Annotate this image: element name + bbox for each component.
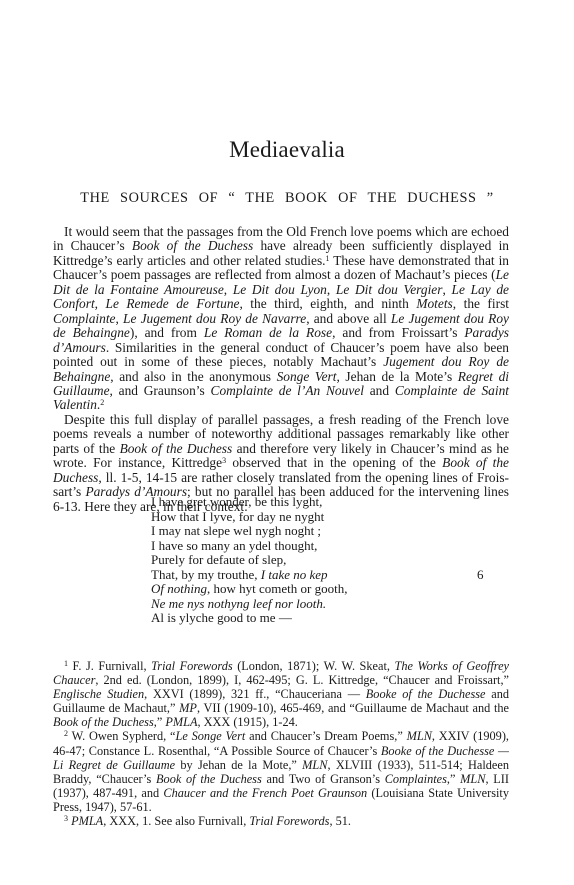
- text: and Chaucer’s Dream Poems,”: [245, 729, 406, 743]
- work-title: MLN: [302, 758, 327, 772]
- text: ,”: [154, 715, 166, 729]
- work-title: Le Songe Vert: [176, 729, 246, 743]
- document-page: Mediaevalia THE SOURCES OF “ THE BOOK OF…: [0, 0, 574, 885]
- work-title: Chaucer and the French Poet Graunson: [163, 786, 367, 800]
- footnotes: 1 F. J. Furnivall, Trial Forewords (Lond…: [53, 659, 509, 828]
- text: ,: [327, 282, 336, 297]
- work-title: Book of the Duchess: [156, 772, 262, 786]
- work-title: Book of the Duchess: [132, 238, 253, 253]
- article-heading: THE SOURCES OF “ THE BOOK OF THE DUCHESS…: [0, 190, 574, 207]
- text: , XXX, 1. See also Furnivall,: [103, 814, 249, 828]
- work-title: Book of the Duchess: [53, 715, 154, 729]
- footnote-ref-2[interactable]: 2: [100, 398, 104, 407]
- work-title: Booke of the Duchesse: [366, 687, 486, 701]
- work-title: MLN: [407, 729, 432, 743]
- work-title: Book of the Duchess: [120, 441, 233, 456]
- text: I have so many an ydel thought,: [151, 538, 317, 553]
- work-title: Trial Forewords: [249, 814, 329, 828]
- text: Purely for defaute of slep,: [151, 552, 286, 567]
- text: I have gret wonder, be this lyght,: [151, 494, 322, 509]
- text: , the third, eighth, and ninth: [239, 296, 416, 311]
- footnote-1: 1 F. J. Furnivall, Trial Forewords (Lond…: [53, 659, 509, 729]
- text: ), and from: [130, 325, 204, 340]
- work-title: PMLA: [165, 715, 197, 729]
- text: That, by my trouthe,: [151, 567, 261, 582]
- text: , 2nd ed. (London, 1899), I, 462-495; G.…: [95, 673, 509, 687]
- poem-line: That, by my trouthe, I take no kep6: [151, 568, 521, 583]
- work-title: Le Dit dou Lyon: [233, 282, 327, 297]
- text: , Jehan de la Mote’s: [336, 369, 457, 384]
- work-title: Le Jugement dou Roy de Navarre: [123, 311, 306, 326]
- work-title: Songe Vert: [277, 369, 337, 384]
- text: How that I lyve, for day ne nyght: [151, 509, 324, 524]
- poem-line: How that I lyve, for day ne nyght: [151, 510, 521, 525]
- footnote-2: 2 W. Owen Sypherd, “Le Songe Vert and Ch…: [53, 729, 509, 814]
- text: , the first: [453, 296, 509, 311]
- work-title: Complainte de l’An Nouvel: [211, 383, 364, 398]
- poem-line: Of nothing, how hyt cometh or gooth,: [151, 582, 521, 597]
- text: ,: [95, 296, 106, 311]
- text: ,: [116, 311, 124, 326]
- poem-line: Purely for defaute of slep,: [151, 553, 521, 568]
- text: , how hyt cometh or gooth,: [207, 581, 347, 596]
- work-title: Complaintes: [385, 772, 447, 786]
- poem-line: I may nat slepe wel nygh noght ;: [151, 524, 521, 539]
- text: , and from Froissart’s: [332, 325, 464, 340]
- text: by Jehan de la Mote,”: [175, 758, 302, 772]
- work-title: Motets: [416, 296, 452, 311]
- work-title: Le Dit dou Vergier: [336, 282, 443, 297]
- work-title: Trial Forewords: [151, 659, 233, 673]
- work-title: Complainte: [53, 311, 116, 326]
- line-number: 6: [477, 568, 484, 583]
- text: ,: [442, 282, 451, 297]
- work-title: Englische Studien: [53, 687, 144, 701]
- text: , XXVI (1899), 321 ff., “Chauceriana —: [144, 687, 366, 701]
- work-title: PMLA: [71, 814, 103, 828]
- text: F. J. Furnivall,: [68, 659, 151, 673]
- text: and: [364, 383, 395, 398]
- poem-line: Al is ylyche good to me —: [151, 611, 521, 626]
- text: , and Graunson’s: [110, 383, 211, 398]
- text: I may nat slepe wel nygh noght ;: [151, 523, 321, 538]
- text: Al is ylyche good to me —: [151, 610, 292, 625]
- article-body: It would seem that the passages from the…: [53, 225, 509, 514]
- work-title: Le Remede de Fortune: [106, 296, 240, 311]
- text: , and also in the anonymous: [110, 369, 276, 384]
- section-title: Mediaevalia: [0, 137, 574, 163]
- poem-line: I have so many an ydel thought,: [151, 539, 521, 554]
- text: , and above all: [306, 311, 391, 326]
- text: ,: [224, 282, 233, 297]
- work-title: MLN: [460, 772, 485, 786]
- italic-text: I take no kep: [261, 567, 328, 582]
- text: (London, 1871); W. W. Skeat,: [233, 659, 395, 673]
- text: ,”: [447, 772, 460, 786]
- italic-text: Ne me nys nothyng leef nor looth.: [151, 596, 326, 611]
- text: W. Owen Sypherd, “: [68, 729, 176, 743]
- work-title: MP: [179, 701, 197, 715]
- paragraph-1: It would seem that the passages from the…: [53, 225, 509, 413]
- text: , XXX (1915), 1-24.: [197, 715, 297, 729]
- footnote-3: 3 PMLA, XXX, 1. See also Furnivall, Tria…: [53, 814, 509, 828]
- text: and Two of Granson’s: [262, 772, 385, 786]
- poem-quotation: I have gret wonder, be this lyght, How t…: [151, 495, 521, 626]
- text: observed that in the opening of the: [226, 455, 442, 470]
- poem-line: I have gret wonder, be this lyght,: [151, 495, 521, 510]
- text: , 51.: [329, 814, 351, 828]
- work-title: Le Roman de la Rose: [204, 325, 332, 340]
- text: , VII (1909-10), 465-469, and “Guillaume…: [197, 701, 509, 715]
- italic-text: Of nothing: [151, 581, 207, 596]
- poem-line: Ne me nys nothyng leef nor looth.: [151, 597, 521, 612]
